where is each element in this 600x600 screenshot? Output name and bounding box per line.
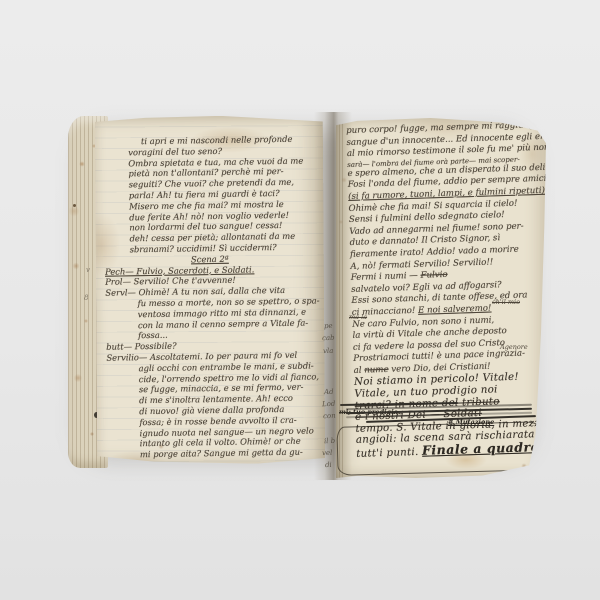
handwriting-segment: butt— Possibile? — [106, 341, 176, 352]
handwriting-segment: pe — [324, 322, 333, 330]
handwriting-segment: Ad — [324, 388, 334, 396]
gutter-text-fragment: Ad — [324, 388, 334, 396]
right-page: puro corpo! fugge, ma sempre mi raggiung… — [336, 118, 546, 478]
gutter-text-fragment: cab — [322, 334, 335, 342]
handwriting-segment: ma la — [349, 313, 367, 321]
handwriting-segment: 8 — [84, 294, 88, 302]
handwriting-segment: sbranami? uccidimi! Sì uccidermi? — [130, 242, 277, 254]
hand-drawn-frame — [336, 421, 542, 476]
gutter-text-fragment: vla — [323, 347, 334, 355]
handwriting-segment: cab — [322, 334, 335, 342]
gutter-text-fragment: vel — [322, 449, 333, 457]
gutter-text-fragment: pe — [324, 322, 333, 330]
handwriting-segment: con — [323, 412, 336, 420]
handwriting-segment: ch'il mio — [492, 298, 520, 306]
handwritten-line: mi porge aita? Sangue mi getta da gu- — [140, 446, 324, 460]
gutter-text-fragment: con — [323, 412, 336, 420]
open-notebook: v8 ti apri e mi nascondi nelle profondev… — [66, 104, 548, 482]
left-page: ti apri e mi nascondi nelle profondevora… — [95, 115, 325, 465]
handwriting-segment: vla — [323, 347, 334, 355]
handwriting-segment: ti apri e mi nascondi nelle profonde — [141, 134, 293, 146]
handwriting-segment: il b — [324, 437, 335, 445]
margin-mark: 8 — [84, 294, 88, 302]
gutter-text-fragment: il b — [324, 437, 335, 445]
interlinear-note: ma la — [349, 314, 367, 321]
interlinear-note: Agenore — [500, 344, 528, 351]
handwriting-segment: v — [86, 266, 90, 274]
interlinear-note: ch'il mio — [492, 299, 520, 306]
handwriting-segment: fossa... — [138, 330, 168, 340]
gutter-text-fragment: Lod — [322, 400, 336, 408]
handwriting-segment: Scena 2ª — [191, 254, 229, 265]
handwriting-segment: con la mano il cenno sempre a Vitale fa- — [138, 317, 308, 330]
handwriting-segment: Agenore — [500, 343, 528, 351]
handwriting-segment: vel — [322, 449, 333, 457]
handwriting-segment: di — [325, 461, 332, 469]
margin-mark: v — [86, 266, 90, 274]
gutter-text-fragment: di — [325, 461, 332, 469]
gutter-text-fragments: pecabvlaAdLodconil bveldi — [322, 104, 348, 482]
left-page-handwriting: ti apri e mi nascondi nelle profondevora… — [103, 133, 324, 460]
handwriting-segment: mi porge aita? Sangue mi getta da gu- — [140, 447, 303, 460]
handwriting-segment: Lod — [322, 400, 336, 408]
manuscript-photo: v8 ti apri e mi nascondi nelle profondev… — [0, 0, 600, 600]
handwriting-segment: voragini del tuo seno? — [128, 146, 222, 157]
